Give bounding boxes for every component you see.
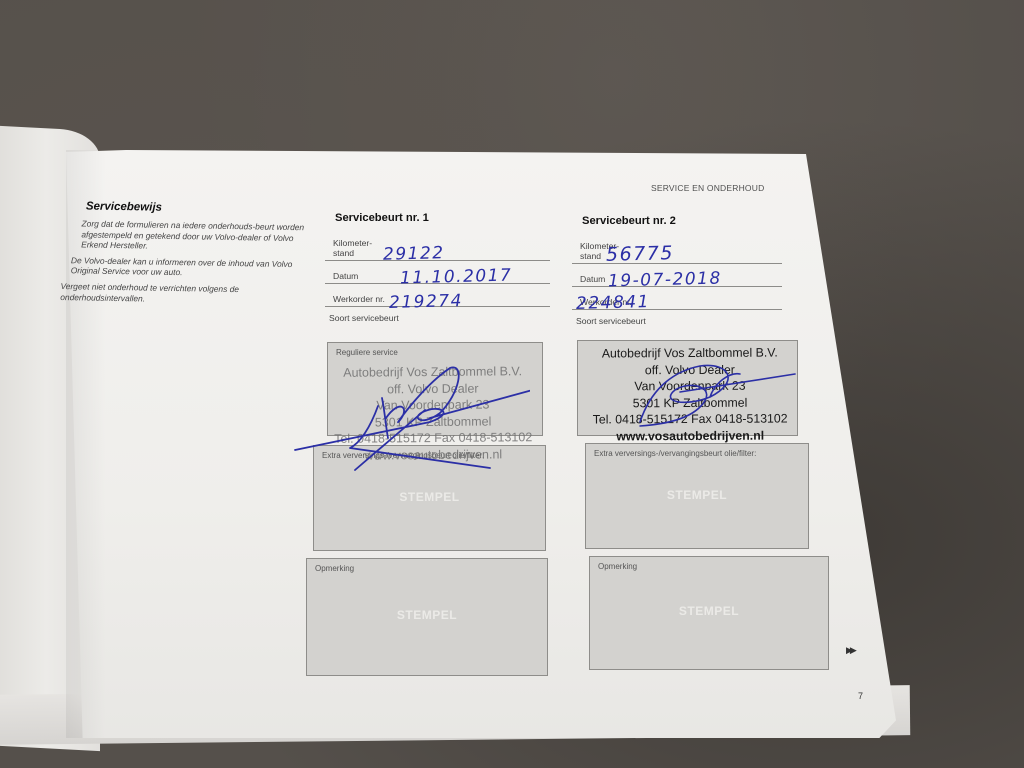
kilometerstand-field: Kilometer- stand 56775 — [572, 227, 782, 264]
dealer-stamp-1: Autobedrijf Vos Zaltbommel B.V. off. Vol… — [318, 363, 549, 464]
service-title: Servicebeurt nr. 2 — [582, 215, 782, 227]
opmerking-box: Opmerking STEMPEL — [589, 556, 829, 670]
kilometerstand-field: Kilometer- stand 29122 — [325, 224, 550, 261]
stamp-line: www.vosautobedrijven.nl — [570, 427, 810, 445]
soort-servicebeurt-label: Soort servicebeurt — [576, 316, 782, 326]
stamp-line: Van Voordenpark 23 — [570, 377, 810, 395]
double-arrow-right-icon: ▶▶ — [846, 645, 854, 656]
intro-paragraph: Zorg dat de formulieren na iedere onderh… — [81, 218, 320, 254]
stamp-line: Autobedrijf Vos Zaltbommel B.V. — [318, 363, 548, 382]
intro-paragraph: Vergeet niet onderhoud te verrichten vol… — [60, 281, 318, 307]
photo-scene: SERVICE EN ONDERHOUD Servicebewijs Zorg … — [0, 0, 1024, 768]
stamp-line: 5301 KP Zaltbommel — [318, 412, 548, 431]
page-number: 7 — [858, 691, 863, 701]
stamp-line: off. Volvo Dealer — [318, 379, 548, 398]
intro-column: Servicebewijs Zorg dat de formulieren na… — [58, 200, 320, 312]
stempel-placeholder: STEMPEL — [590, 604, 828, 618]
kilometer-label-line2: stand — [333, 248, 354, 258]
datum-label: Datum — [580, 274, 605, 284]
datum-field: Datum 19-07-2018 — [572, 264, 782, 287]
service-entry-1: Servicebeurt nr. 1 Kilometer- stand 2912… — [325, 212, 550, 323]
dealer-stamp-2: Autobedrijf Vos Zaltbommel B.V. off. Vol… — [570, 344, 811, 444]
stempel-placeholder: STEMPEL — [307, 608, 547, 622]
stamp-line: www.vosautobedrijven.nl — [318, 445, 548, 464]
stamp-line: Autobedrijf Vos Zaltbommel B.V. — [570, 344, 810, 362]
extra-service-box: Extra verversings-/vervangingsbeurt olie… — [585, 443, 809, 549]
kilometer-label-line2: stand — [580, 251, 601, 261]
extra-service-label: Extra verversings-/vervangingsbeurt olie… — [594, 449, 756, 458]
service-entry-2: Servicebeurt nr. 2 Kilometer- stand 5677… — [572, 215, 782, 326]
stamp-line: Tel. 0418-515172 Fax 0418-513102 — [570, 410, 810, 428]
datum-label: Datum — [333, 271, 358, 281]
opmerking-label: Opmerking — [315, 564, 354, 573]
opmerking-label: Opmerking — [598, 562, 637, 571]
werkorder-value: 219274 — [389, 291, 463, 313]
section-header: SERVICE EN ONDERHOUD — [651, 183, 764, 193]
stempel-placeholder: STEMPEL — [586, 488, 808, 502]
werkorder-field: Werkorder nr. 224841 — [572, 287, 782, 310]
stempel-placeholder: STEMPEL — [314, 490, 545, 504]
werkorder-value: 224841 — [576, 292, 650, 314]
kilometerstand-label: Kilometer- stand — [333, 238, 372, 258]
service-title: Servicebeurt nr. 1 — [335, 212, 550, 224]
kilometerstand-value: 56775 — [606, 242, 675, 266]
kilometer-label-line1: Kilometer- — [333, 238, 372, 248]
stamp-line: Van Voordenpark 23 — [318, 396, 548, 415]
soort-servicebeurt-label: Soort servicebeurt — [329, 313, 550, 323]
stamp-line: off. Volvo Dealer — [570, 361, 810, 379]
werkorder-field: Werkorder nr. 219274 — [325, 284, 550, 307]
reguliere-service-label: Reguliere service — [336, 348, 398, 357]
opmerking-box: Opmerking STEMPEL — [306, 558, 548, 676]
datum-field: Datum 11.10.2017 — [325, 261, 550, 284]
stamp-line: 5301 KP Zaltbommel — [570, 394, 810, 412]
intro-paragraph: De Volvo-dealer kan u informeren over de… — [71, 255, 319, 281]
werkorder-label: Werkorder nr. — [333, 294, 385, 304]
stamp-line: Tel. 0418-515172 Fax 0418-513102 — [318, 429, 548, 448]
